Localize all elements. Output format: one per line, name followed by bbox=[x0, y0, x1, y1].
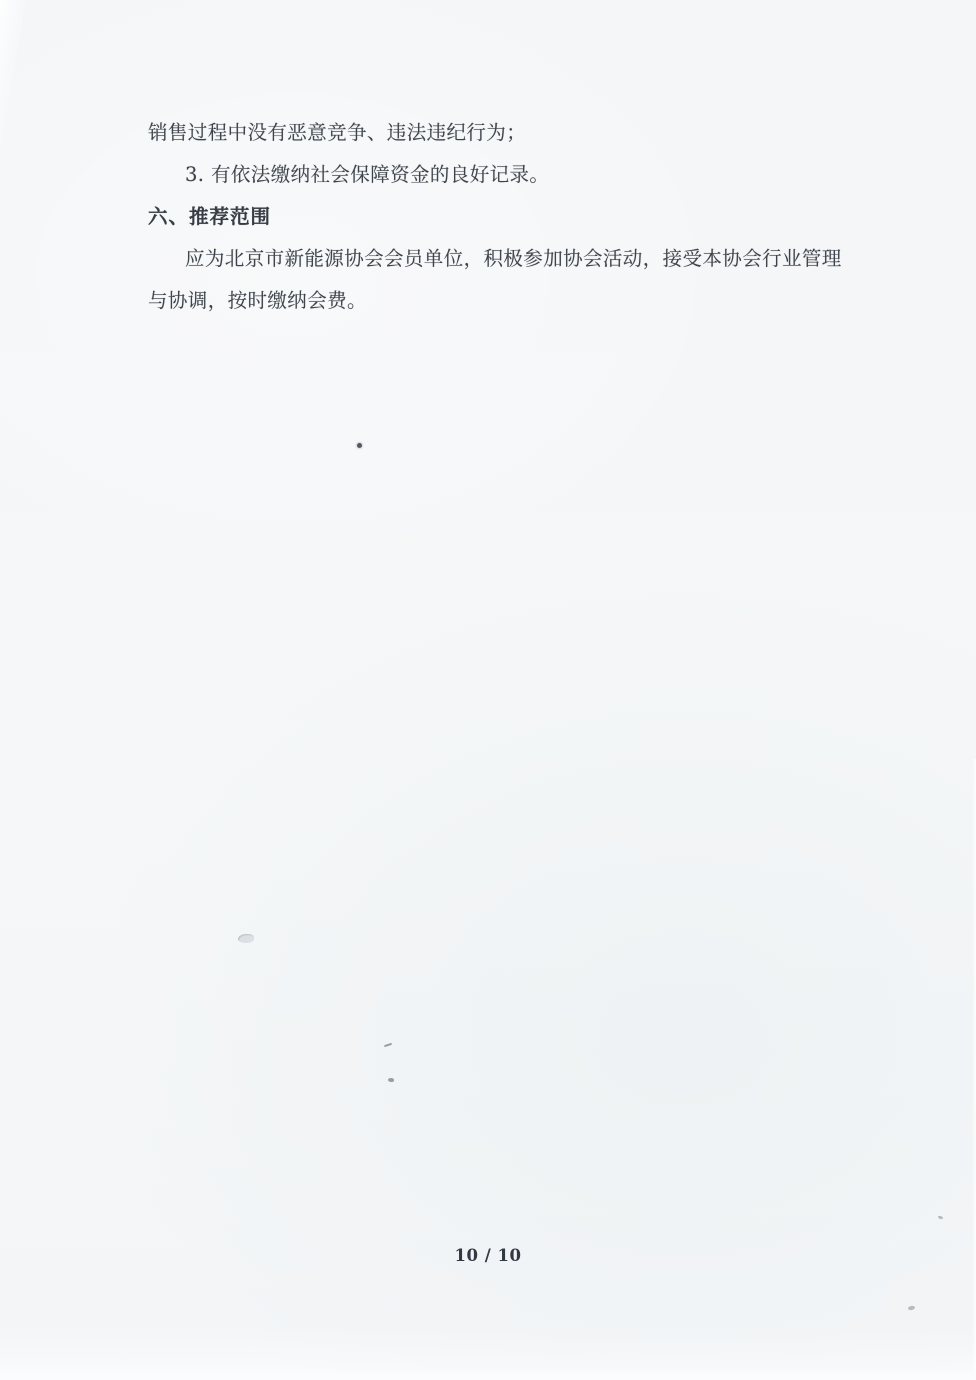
page-number: 10 / 10 bbox=[0, 1246, 976, 1265]
document-page: 销售过程中没有恶意竞争、违法违纪行为； 3. 有依法缴纳社会保障资金的良好记录。… bbox=[0, 0, 976, 1380]
scan-speck bbox=[388, 1078, 394, 1082]
scan-speck bbox=[384, 1043, 392, 1047]
document-body: 销售过程中没有恶意竞争、违法违纪行为； 3. 有依法缴纳社会保障资金的良好记录。… bbox=[148, 112, 834, 322]
scanner-edge-bottom bbox=[0, 1367, 976, 1380]
section-heading: 六、推荐范围 bbox=[148, 196, 834, 238]
scan-speck bbox=[938, 1215, 944, 1220]
scan-speck bbox=[238, 934, 254, 943]
scan-speck bbox=[908, 1305, 916, 1310]
numbered-item-3: 3. 有依法缴纳社会保障资金的良好记录。 bbox=[148, 154, 834, 196]
scanner-edge-top-left bbox=[0, 0, 26, 150]
paragraph-line-1: 应为北京市新能源协会会员单位，积极参加协会活动，接受本协会行业管理 bbox=[148, 238, 834, 280]
scan-speck bbox=[357, 443, 362, 448]
scanner-edge-right bbox=[972, 759, 976, 1380]
body-text-line-continuation: 销售过程中没有恶意竞争、违法违纪行为； bbox=[148, 112, 834, 154]
paragraph-line-2: 与协调，按时缴纳会费。 bbox=[148, 280, 834, 322]
